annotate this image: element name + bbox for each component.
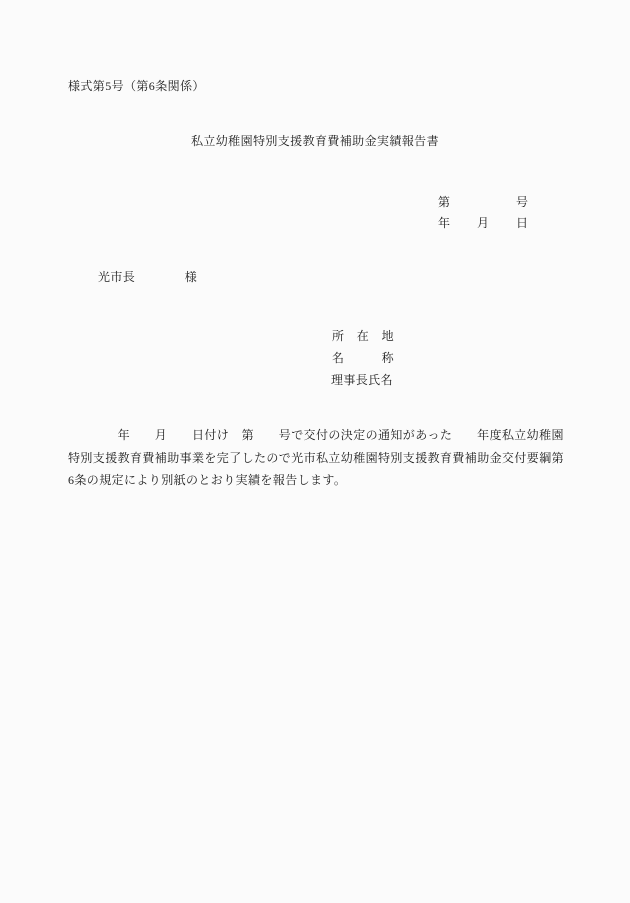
document-page: 様式第5号（第6条関係） 私立幼稚園特別支援教育費補助金実績報告書 第 号 年 … — [0, 0, 630, 903]
sender-address-label: 所 在 地 — [332, 329, 394, 344]
body-line-2: 特別支援教育費補助事業を完了したので光市私立幼稚園特別支援教育費補助金交付要綱第 — [68, 451, 564, 466]
document-title: 私立幼稚園特別支援教育費補助金実績報告書 — [0, 134, 630, 149]
sender-representative-label: 理事長氏名 — [331, 373, 393, 388]
document-date-line: 年 月 日 — [438, 216, 529, 231]
form-number: 様式第5号（第6条関係） — [68, 79, 205, 94]
document-number-line: 第 号 — [438, 195, 529, 210]
sender-name-label: 名 称 — [332, 351, 394, 366]
addressee-line: 光市長 様 — [98, 270, 197, 285]
body-line-1: 年 月 日付け 第 号で交付の決定の通知があった 年度私立幼稚園 — [68, 428, 564, 443]
body-line-3: 6条の規定により別紙のとおり実績を報告します。 — [68, 473, 346, 488]
